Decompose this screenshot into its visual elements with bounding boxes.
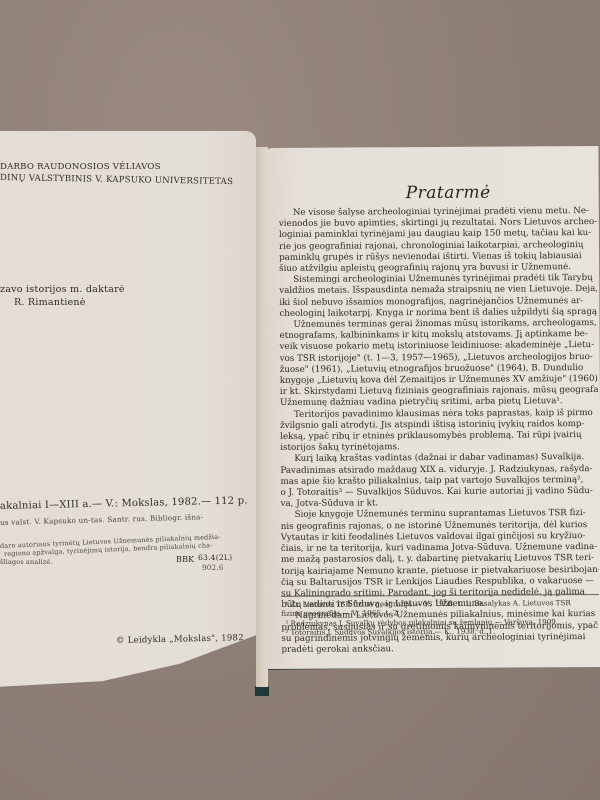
book-cover-edge-left (255, 686, 269, 696)
annotation-line-3: šliagos analizė. (0, 558, 53, 566)
editor-line-1: zavo istorijos m. daktarė (0, 284, 125, 295)
catalog-line-2: us valst. V. Kapsuko un-tas. Santr. rus.… (0, 512, 203, 527)
bbk-subcode: 902.6 (202, 563, 224, 572)
bbk-label: BBK (176, 555, 194, 564)
institution-line-1: DARBO RAUDONOSIOS VĖLIAVOS (0, 162, 161, 172)
preface-line: leksą, ypač ribų ir etninės priklausomyb… (280, 430, 598, 443)
preface-body: Ne visose šalyse archeologiniai tyrinėji… (279, 206, 600, 656)
copyright-line: © Leidykla „Mokslas", 1982 (116, 633, 244, 646)
catalog-line-1: akalniai I—XIII a.— V.: Mokslas, 1982.— … (0, 495, 248, 512)
chapter-title: Pratarmė (406, 183, 491, 204)
editor-line-2: R. Rimantienė (14, 297, 86, 308)
footnotes: ¹ Žr. Lietuvos TSR fizinė geografija.— V… (285, 598, 599, 638)
left-page: DARBO RAUDONOSIOS VĖLIAVOS DINŲ VALSTYBI… (0, 131, 256, 704)
institution-line-2: DINŲ VALSTYBINIS V. KAPSUKO UNIVERSITETA… (0, 173, 233, 187)
footnote-line: ³ Totoraitis J. Sūduvos Suvalkijos istor… (285, 626, 599, 637)
bbk-code: 63.4(2L) (198, 553, 232, 562)
preface-line: pradėti gerokai anksčiau. (281, 643, 599, 656)
preface-line: o J. Totoraitis³ — Suvalkijos Sūduvos. K… (280, 486, 598, 499)
right-page: Pratarmė Ne visose šalyse archeologiniai… (264, 146, 600, 669)
